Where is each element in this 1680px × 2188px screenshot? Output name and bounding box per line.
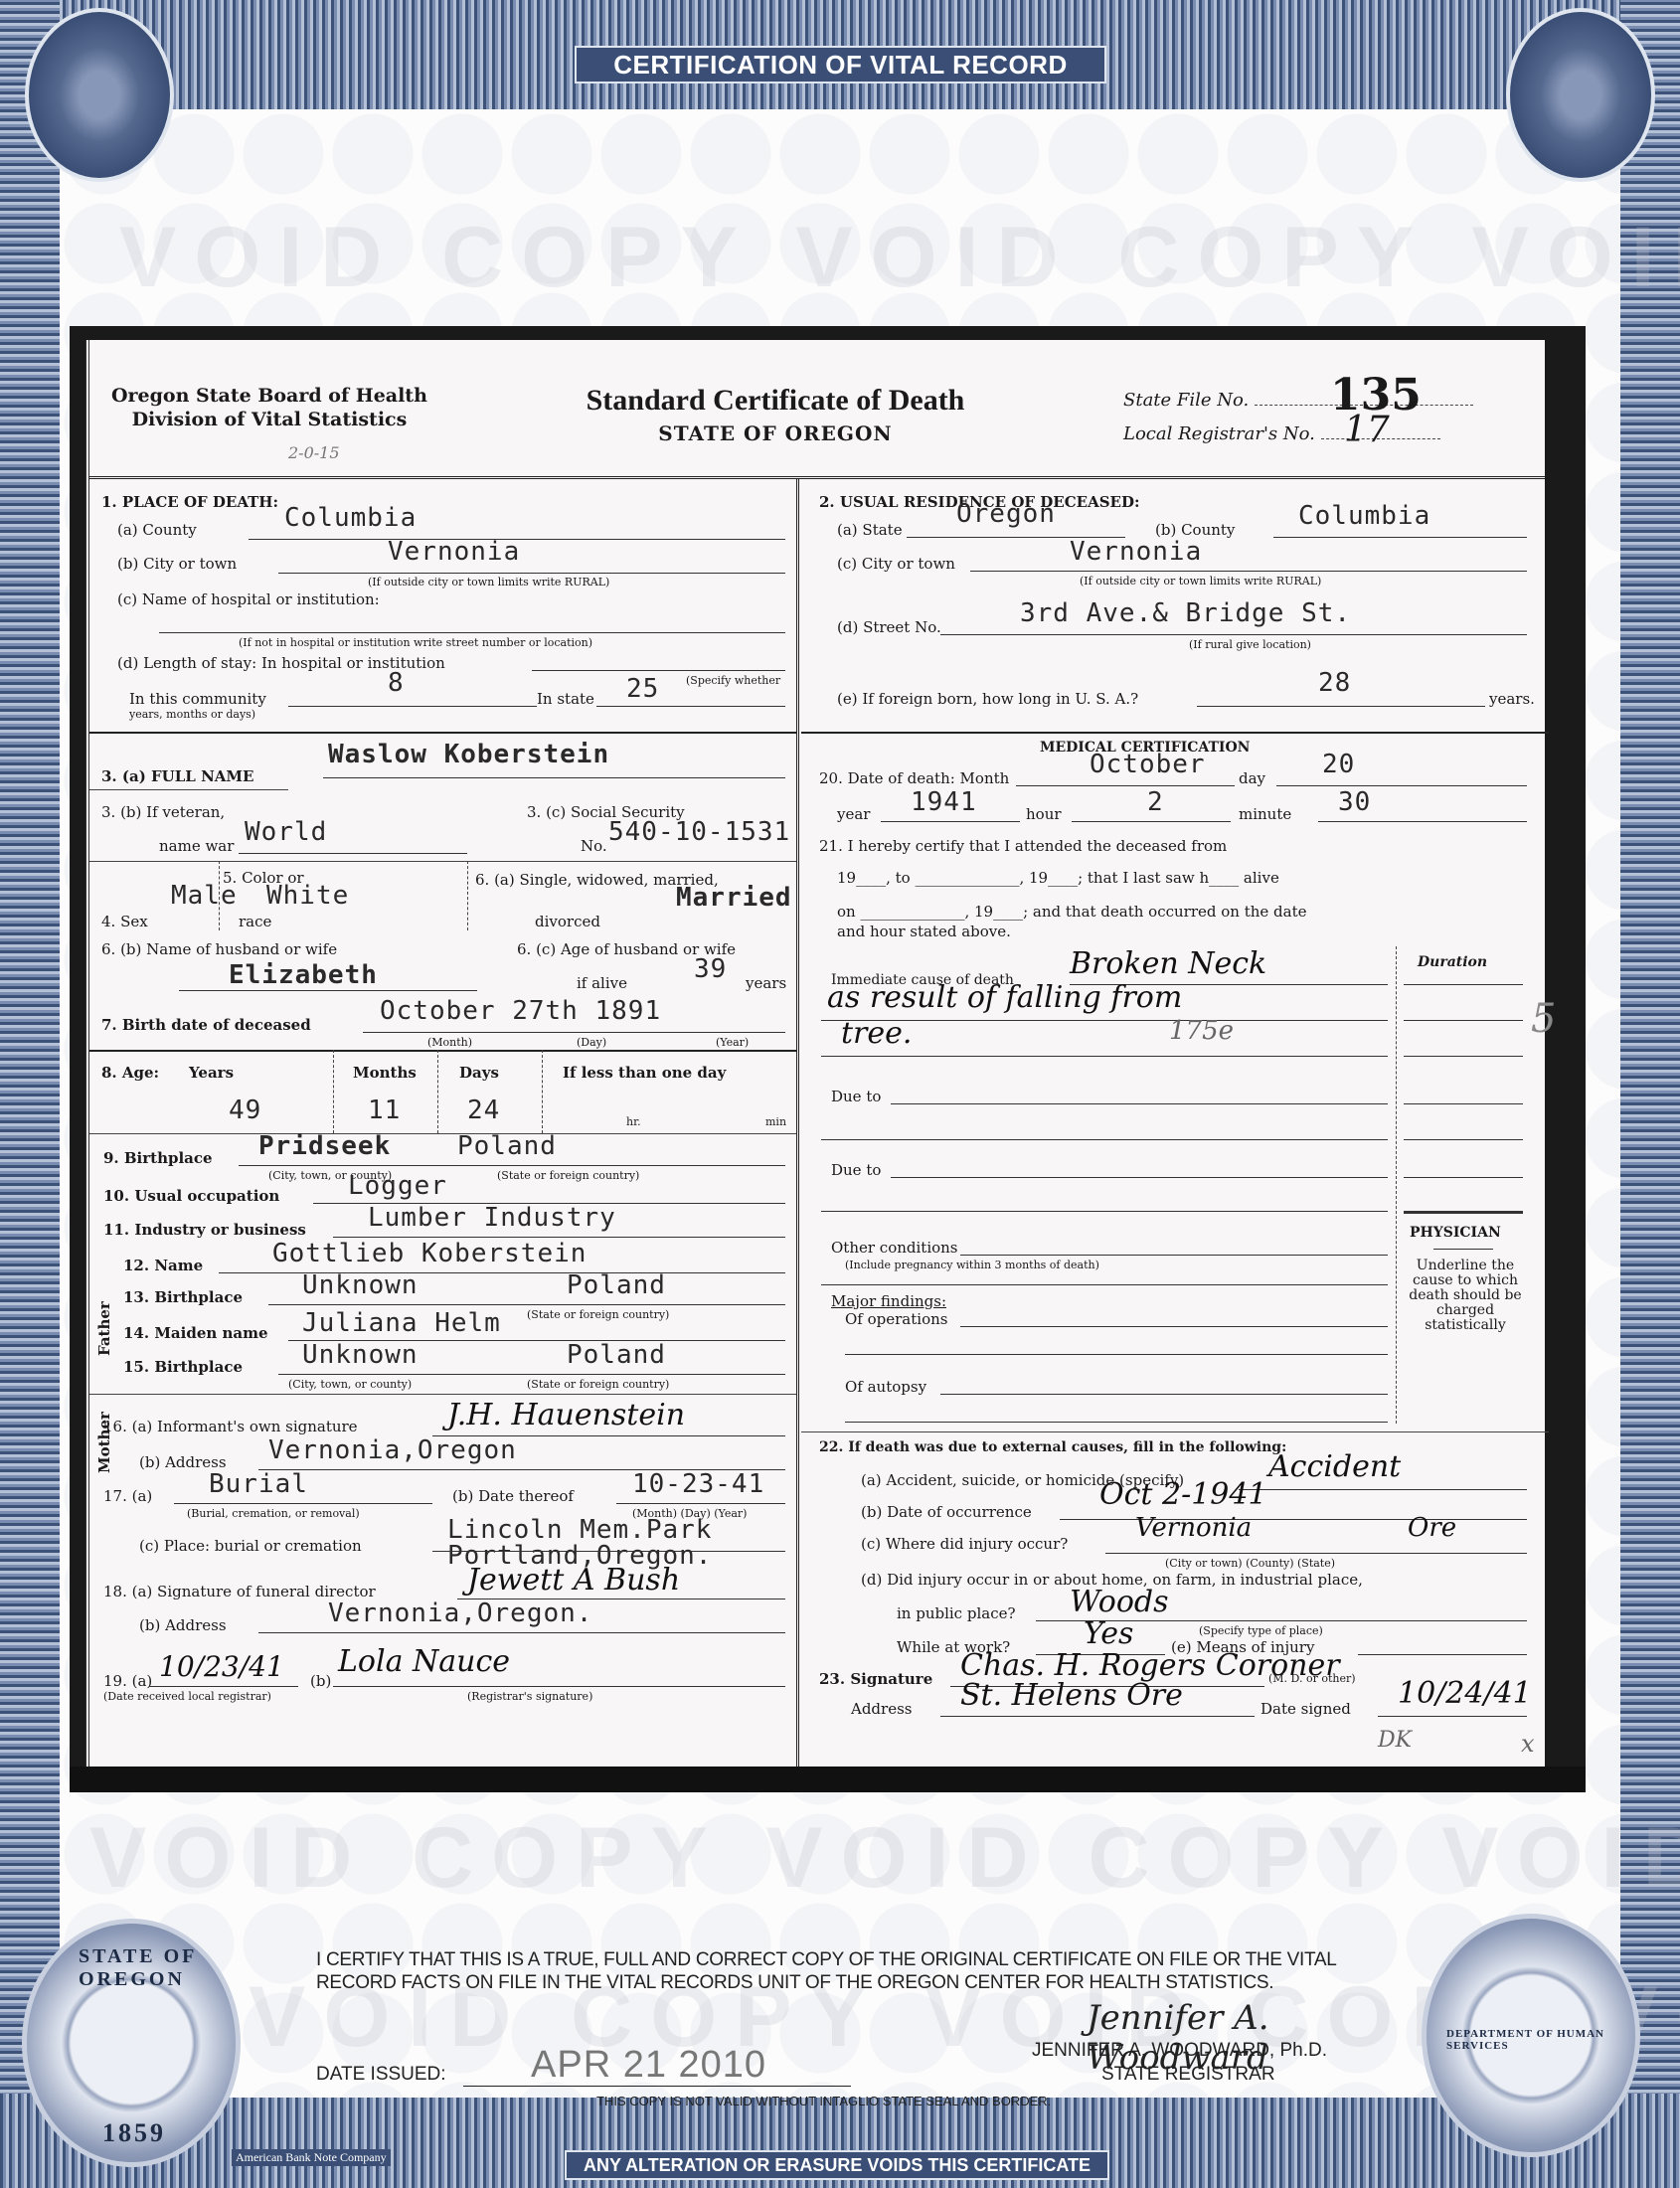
age-label: 8. Age: [101,1064,159,1082]
res-state-value: Oregon [956,499,1056,529]
duration-label: Duration [1418,954,1487,970]
state-of-oregon-seal-icon: STATE OF OREGON 1859 [22,1919,241,2167]
res-street-note: (If rural give location) [1189,638,1311,651]
birth-date-value: October 27th 1891 [380,996,661,1026]
burial-place-label: (c) Place: burial or cremation [139,1537,362,1555]
funeral-director-signature: Jewett A Bush [467,1563,680,1598]
ext-c-label: (c) Where did injury occur? [861,1535,1068,1553]
res-city-label: (c) City or town [837,555,955,573]
immediate-cause-line-1: Broken Neck [1070,946,1266,981]
left-column: 1. PLACE OF DEATH: (a) County Columbia (… [89,479,799,1779]
registrar-sig-label: (b) [310,1672,331,1690]
state-registrar-name: JENNIFER A. WOODWARD, Ph.D. [1032,2040,1327,2062]
of-operations-label: Of operations [845,1310,947,1328]
death-certificate: Oregon State Board of Health Division of… [70,326,1586,1792]
underline-cause-note: Underline the cause to which death shoul… [1404,1259,1527,1333]
mother-city-note: (City, town, or county) [288,1378,412,1391]
race-label: race [239,913,271,930]
disposition-date-label: (b) Date thereof [452,1487,574,1505]
margin-mark: x [1521,1730,1535,1758]
birth-month-note: (Month) [427,1036,472,1049]
agency-line-1: Oregon State Board of Health [111,384,427,408]
margin-note: 5 [1531,996,1556,1042]
pod-specify-note-2: years, months or days) [129,708,255,721]
father-side-label: Father [95,1301,113,1356]
date-signed-label: Date signed [1260,1700,1351,1718]
validity-disclaimer: THIS COPY IS NOT VALID WITHOUT INTAGLIO … [596,2094,1051,2108]
death-minute-label: minute [1239,805,1291,823]
funeral-address-label: (b) Address [139,1616,227,1634]
hr-label: hr. [626,1115,641,1128]
ext-b-value: Oct 2-1941 [1099,1477,1267,1512]
res-city-value: Vernonia [1070,537,1202,567]
certificate-body: Oregon State Board of Health Division of… [85,340,1545,1779]
local-registrar-number: 17 [1344,410,1390,450]
veteran-label: 3. (b) If veteran, [101,803,225,821]
spouse-value: Elizabeth [229,960,378,990]
mother-maiden-value: Juliana Helm [302,1308,501,1338]
ext-d-value: Woods [1070,1585,1169,1619]
received-date-value: 10/23/41 [159,1650,284,1683]
mother-birthplace-country: Poland [567,1340,666,1370]
if-alive-label: if alive [577,974,627,992]
age-years-label: Years [189,1064,234,1082]
birthplace-city-value: Pridseek [258,1131,391,1161]
father-country-note: (State or foreign country) [527,1308,669,1321]
age-months-label: Months [353,1064,417,1082]
handwritten-note: 2-0-15 [288,443,340,462]
photocopy-edge [70,1767,1586,1792]
father-name-label: 12. Name [123,1257,203,1274]
void-watermark: VOID COPY VOID COPY VOID COPY [89,1809,1680,1908]
cause-code-stamp: 175e [1169,1016,1234,1046]
full-name-label: 3. (a) FULL NAME [101,767,253,785]
ss-no-label: No. [581,837,607,855]
death-month-value: October [1090,750,1206,779]
age-days-value: 24 [467,1095,500,1125]
sex-label: 4. Sex [101,913,148,930]
res-county-value: Columbia [1298,501,1430,531]
pod-city-note: (If outside city or town limits write RU… [368,576,609,589]
other-conditions-note: (Include pregnancy within 3 months of de… [845,1259,1099,1271]
disposition-note: (Burial, cremation, or removal) [187,1507,360,1520]
birthplace-country-value: Poland [457,1131,557,1161]
pod-state-label: In state [537,690,594,708]
certify-line-1: 21. I hereby certify that I attended the… [819,837,1227,855]
date-issued-label: DATE ISSUED: [316,2064,446,2086]
res-state-label: (a) State [837,521,903,539]
certify-line-4: and hour stated above. [837,923,1011,940]
occupation-label: 10. Usual occupation [103,1187,279,1205]
war-value: World [245,817,327,847]
registrar-signature: Lola Nauce [338,1644,510,1679]
physician-address-value: St. Helens Ore [960,1678,1183,1713]
pod-city-label: (b) City or town [117,555,237,573]
physician-address-label: Address [851,1700,912,1718]
ext-c-city: Vernonia [1135,1513,1252,1543]
informant-label: 16. (a) Informant's own signature [103,1418,358,1435]
res-foreign-value: 28 [1318,668,1351,698]
pod-county-label: (a) County [117,521,197,539]
while-at-work-value: Yes [1084,1616,1133,1651]
registrar-sig-note: (Registrar's signature) [467,1690,592,1703]
pod-hospital-label: (c) Name of hospital or institution: [117,590,380,608]
date-signed-value: 10/24/41 [1398,1676,1532,1711]
pod-specify-note: (Specify whether [686,674,780,687]
pod-community-label: In this community [129,690,266,708]
pod-community-value: 8 [388,668,405,698]
death-hour-value: 2 [1147,787,1164,817]
immediate-cause-line-3: tree. [841,1016,912,1051]
informant-address-value: Vernonia,Oregon [268,1435,517,1465]
seal-left-text: STATE OF OREGON [79,1945,236,1991]
age-less-than-day-label: If less than one day [563,1064,726,1082]
ss-no-value: 540-10-1531 [608,817,790,847]
death-day-value: 20 [1322,750,1355,779]
right-column: 2. USUAL RESIDENCE OF DECEASED: (a) Stat… [801,479,1549,1779]
spouse-label: 6. (b) Name of husband or wife [101,940,337,958]
certificate-title: Standard Certificate of Death [567,384,984,418]
certification-footer: I CERTIFY THAT THIS IS A TRUE, FULL AND … [316,1948,1410,1994]
min-label: min [765,1115,786,1128]
signature-note: (M. D. or other) [1268,1672,1356,1685]
signature-label: 23. Signature [819,1670,932,1688]
physician-label: PHYSICIAN [1410,1225,1501,1241]
margin-initials: DK [1378,1728,1412,1753]
other-conditions-label: Other conditions [831,1239,958,1257]
res-street-value: 3rd Ave.& Bridge St. [1020,598,1351,628]
pod-state-value: 25 [626,674,659,704]
res-foreign-unit: years. [1489,690,1535,708]
birth-year-note: (Year) [716,1036,749,1049]
left-border-band [0,0,60,2188]
certificate-subtitle: STATE OF OREGON [567,421,984,445]
of-autopsy-label: Of autopsy [845,1378,926,1396]
occupation-value: Logger [348,1171,447,1201]
disposition-value: Burial [209,1469,308,1499]
disposition-label: 17. (a) [103,1487,152,1505]
birthplace-country-note: (State or foreign country) [497,1169,639,1182]
certification-statement: I CERTIFY THAT THIS IS A TRUE, FULL AND … [316,1948,1410,1994]
ext-a-value: Accident [1268,1449,1401,1484]
printer-credit: American Bank Note Company [232,2149,391,2166]
ext-d-note: (Specify type of place) [1199,1624,1323,1637]
void-watermark: VOID COPY VOID COPY VOID COPY [119,209,1680,307]
death-year-label: year [837,805,870,823]
res-foreign-label: (e) If foreign born, how long in U. S. A… [837,690,1138,708]
date-issued-stamp: APR 21 2010 [531,2044,766,2087]
birth-date-label: 7. Birth date of deceased [101,1016,311,1034]
race-value: White [266,881,349,911]
department-human-services-seal-icon: DEPARTMENT OF HUMAN SERVICES [1422,1914,1640,2157]
immediate-cause-line-2: as result of falling from [827,980,1182,1015]
birthplace-label: 9. Birthplace [103,1149,213,1167]
pod-hospital-note: (If not in hospital or institution write… [239,636,592,649]
marital-value: Married [676,883,792,913]
death-minute-value: 30 [1338,787,1371,817]
death-day-label: day [1239,769,1265,787]
corner-medallion-icon [1506,8,1655,182]
state-file-label: State File No. [1123,390,1249,411]
father-name-value: Gottlieb Koberstein [272,1239,587,1268]
ext-b-label: (b) Date of occurrence [861,1503,1032,1521]
state-registrar-title: STATE REGISTRAR [1101,2064,1275,2086]
father-birthplace-label: 13. Birthplace [123,1288,243,1306]
spouse-age-years-label: years [746,974,786,992]
due-to-label-1: Due to [831,1088,881,1105]
alteration-warning-banner: ANY ALTERATION OR ERASURE VOIDS THIS CER… [565,2150,1109,2180]
father-birthplace-country: Poland [567,1270,666,1300]
res-city-note: (If outside city or town limits write RU… [1080,575,1321,588]
pod-county-value: Columbia [284,503,417,533]
certificate-header: Oregon State Board of Health Division of… [89,340,1545,479]
age-months-value: 11 [368,1095,401,1125]
industry-value: Lumber Industry [368,1203,616,1233]
title-block: Standard Certificate of Death STATE OF O… [567,384,984,445]
mother-birthplace-city: Unknown [302,1340,419,1370]
corner-medallion-icon [25,8,174,182]
certification-banner-title: CERTIFICATION OF VITAL RECORD [575,46,1106,84]
age-years-value: 49 [229,1095,261,1125]
spouse-age-value: 39 [694,954,727,984]
mother-maiden-label: 14. Maiden name [123,1324,268,1342]
divorced-label: divorced [535,913,600,930]
full-name-value: Waslow Koberstein [328,740,609,769]
war-label: name war [159,837,234,855]
local-registrar-label: Local Registrar's No. [1123,423,1315,444]
ext-d-label-2: in public place? [897,1604,1016,1622]
death-hour-label: hour [1026,805,1062,823]
certify-line-2: 19____, to ______________, 19____; that … [837,869,1279,887]
ext-c-state: Ore [1408,1513,1456,1543]
agency-line-2: Division of Vital Statistics [111,408,427,431]
age-days-label: Days [459,1064,499,1082]
agency-block: Oregon State Board of Health Division of… [111,384,427,431]
father-birthplace-city: Unknown [302,1270,419,1300]
disposition-date-value: 10-23-41 [632,1469,764,1499]
received-note: (Date received local registrar) [103,1690,271,1703]
mother-birthplace-label: 15. Birthplace [123,1358,243,1376]
seal-left-year: 1859 [102,2118,166,2148]
place-of-death-heading: 1. PLACE OF DEATH: [101,493,278,511]
birth-day-note: (Day) [577,1036,606,1049]
industry-label: 11. Industry or business [103,1221,306,1239]
funeral-address-value: Vernonia,Oregon. [328,1599,592,1628]
pod-city-value: Vernonia [388,537,520,567]
res-street-label: (d) Street No. [837,618,941,636]
due-to-label-2: Due to [831,1161,881,1179]
ext-c-note: (City or town) (County) (State) [1165,1557,1335,1570]
major-findings-label: Major findings: [831,1292,946,1310]
external-causes-heading: 22. If death was due to external causes,… [819,1439,1286,1455]
received-label: 19. (a) [103,1672,152,1690]
death-year-value: 1941 [911,787,977,817]
death-date-label: 20. Date of death: Month [819,769,1009,787]
seal-right-text: DEPARTMENT OF HUMAN SERVICES [1446,2028,1635,2052]
informant-signature: J.H. Hauenstein [447,1398,685,1432]
certify-line-3: on ______________, 19____; and that deat… [837,903,1307,921]
mother-country-note: (State or foreign country) [527,1378,669,1391]
